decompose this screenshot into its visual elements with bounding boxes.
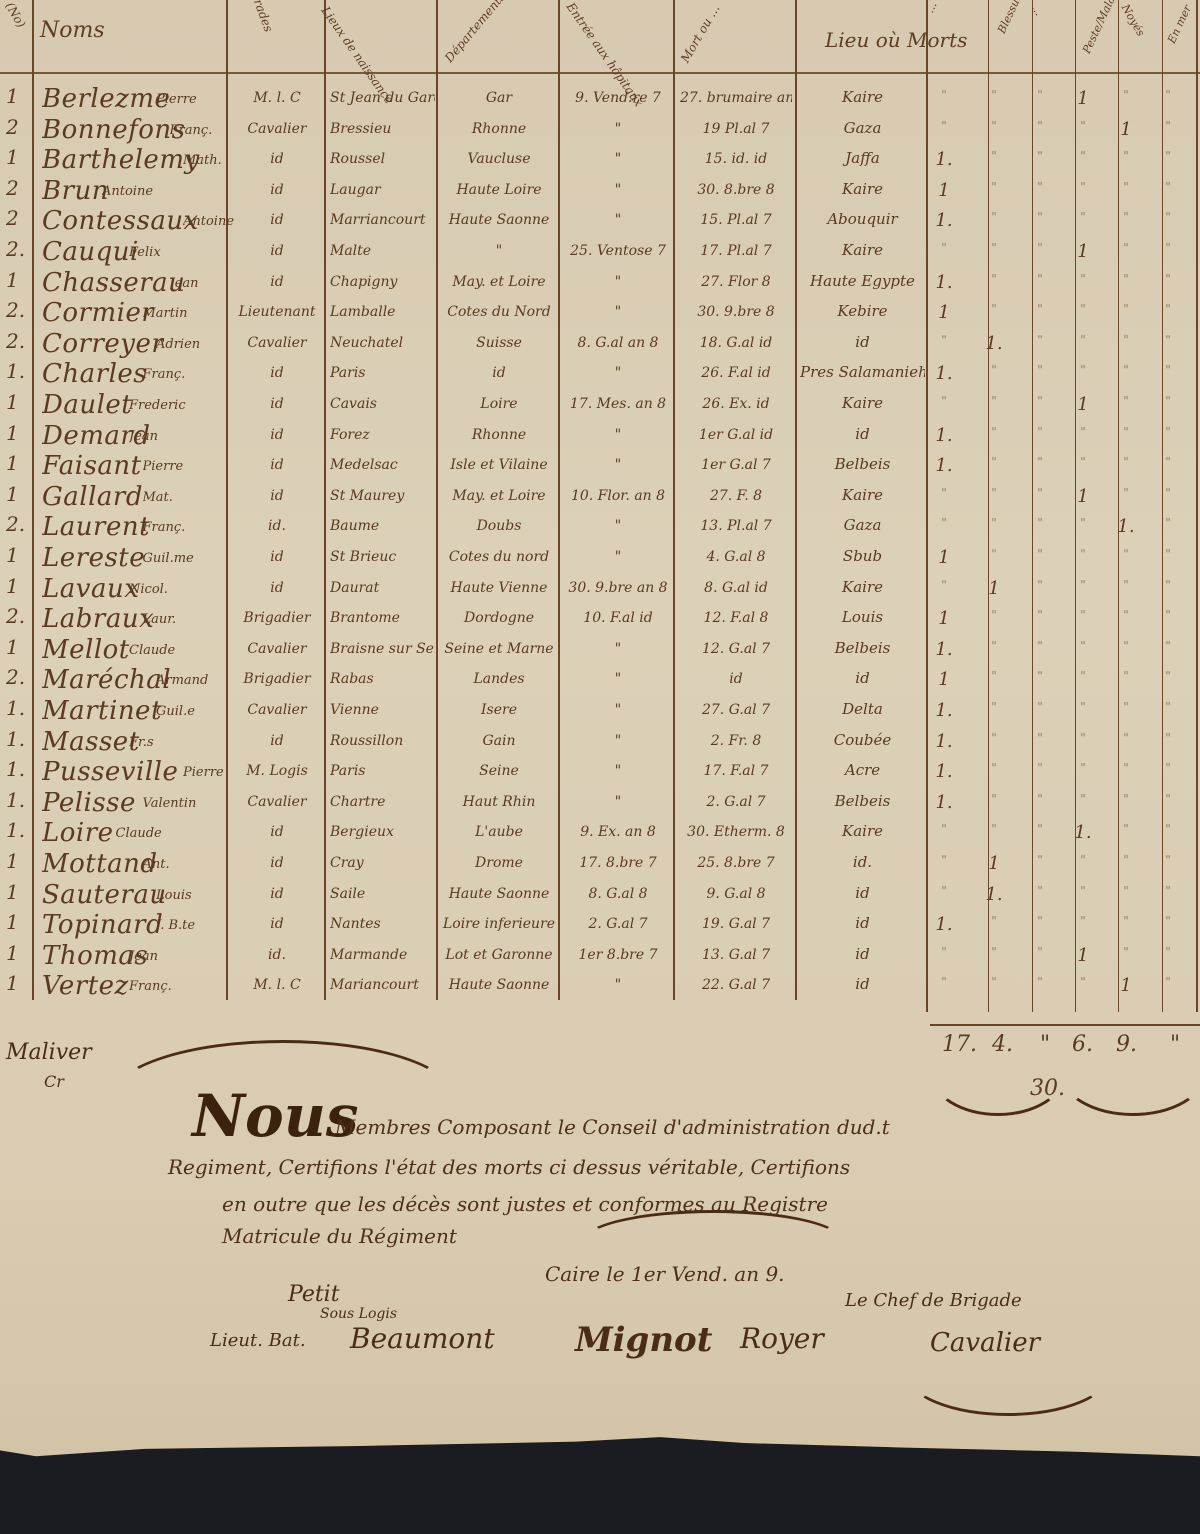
row-number: 1.: [6, 727, 30, 751]
birthplace: Neuchatel: [330, 335, 435, 351]
surname: Contessaux: [42, 206, 199, 236]
tally-cell: ": [1069, 853, 1097, 867]
death-place: Pres Salamanieh: [800, 363, 925, 381]
department: Haute Saonne: [440, 212, 558, 228]
tally-cell: ": [1112, 884, 1140, 898]
tally-cell: 1.: [930, 914, 958, 935]
tally-cell: ": [1069, 578, 1097, 592]
tally-cell: ": [930, 945, 958, 959]
tally-cell: 1: [1112, 119, 1140, 140]
tally-cell: ": [1154, 88, 1182, 102]
birthplace: Roussel: [330, 151, 435, 167]
death-date: 12. F.al 8: [680, 610, 792, 626]
birthplace: Laugar: [330, 182, 435, 198]
tally-cell: ": [1026, 547, 1054, 561]
tally-cell: 1: [930, 669, 958, 690]
death-place: Belbeis: [800, 455, 925, 473]
death-date: 1er G.al 7: [680, 457, 792, 473]
tally-cell: ": [1069, 547, 1097, 561]
department: Cotes du nord: [440, 549, 558, 565]
arrival-date: ": [563, 151, 673, 167]
signature-3-name: Mignot: [575, 1320, 712, 1360]
arrival-date: 2. G.al 7: [563, 916, 673, 932]
surname: Loire: [42, 818, 114, 848]
death-date: 9. G.al 8: [680, 886, 792, 902]
surname: Laurent: [42, 512, 150, 542]
given-name: Adrien: [156, 337, 200, 352]
tally-cell: ": [980, 761, 1008, 775]
death-place: Abouquir: [800, 210, 925, 228]
given-name: Pierre: [183, 765, 224, 780]
totals-rule: [930, 1024, 1200, 1026]
rank: Cavalier: [232, 702, 322, 718]
header-death-place: Lieu où Morts: [825, 28, 967, 52]
given-name: Pierre: [156, 92, 197, 107]
death-place: Gaza: [800, 119, 925, 137]
register-row: 2.CauquiFelixidMalte"25. Ventose 717. Pl…: [0, 237, 1200, 265]
birthplace: Chapigny: [330, 274, 435, 290]
department: May. et Loire: [440, 488, 558, 504]
birthplace: Chartre: [330, 794, 435, 810]
rank: id: [232, 427, 322, 443]
rank: id: [232, 457, 322, 473]
tally-cell: ": [1112, 547, 1140, 561]
signature-2-name: Beaumont: [350, 1322, 495, 1355]
rank: M. Logis: [232, 763, 322, 779]
department: L'aube: [440, 824, 558, 840]
certification-line-4: Matricule du Régiment: [222, 1224, 457, 1248]
row-number: 2.: [6, 237, 30, 261]
death-place: id: [800, 975, 925, 993]
death-place: id: [800, 425, 925, 443]
rank: id: [232, 549, 322, 565]
rank: id: [232, 274, 322, 290]
tally-cell: ": [1026, 394, 1054, 408]
tally-cell: 1.: [930, 363, 958, 384]
rank: Lieutenant: [232, 304, 322, 320]
register-row: 1MellotClaudeCavalierBraisne sur SeineSe…: [0, 635, 1200, 663]
tally-cell: ": [980, 88, 1008, 102]
death-date: 1er G.al id: [680, 427, 792, 443]
tally-cell: ": [1112, 914, 1140, 928]
tally-cell: ": [1154, 516, 1182, 530]
tally-cell: ": [1069, 272, 1097, 286]
death-place: Kaire: [800, 241, 925, 259]
tally-cell: ": [1112, 455, 1140, 469]
surname: Charles: [42, 359, 147, 389]
tally-cell: ": [1069, 516, 1097, 530]
given-name: Antoine: [102, 184, 153, 199]
tally-cell: ": [930, 486, 958, 500]
signature-flourish: [905, 1330, 1111, 1416]
row-number: 1: [6, 849, 30, 873]
rank: Cavalier: [232, 794, 322, 810]
death-place: Delta: [800, 700, 925, 718]
given-name: Ant.: [143, 857, 170, 872]
given-name: Claude: [129, 643, 175, 658]
birthplace: St Brieuc: [330, 549, 435, 565]
tally-cell: ": [1026, 853, 1054, 867]
tally-cell: ": [1069, 731, 1097, 745]
department: Rhonne: [440, 427, 558, 443]
tally-cell: ": [1069, 455, 1097, 469]
tally-cell: 1.: [930, 455, 958, 476]
surname: Masset: [42, 727, 140, 757]
tally-cell: 1: [1069, 945, 1097, 966]
arrival-date: 10. F.al id: [563, 610, 673, 626]
tally-cell: ": [1069, 669, 1097, 683]
tally-cell: 1.: [930, 272, 958, 293]
tally-cell: ": [1154, 547, 1182, 561]
tally-cell: 1: [930, 608, 958, 629]
surname: Martinet: [42, 696, 162, 726]
tally-cell: ": [1112, 302, 1140, 316]
tally-cell: ": [1026, 945, 1054, 959]
row-number: 1: [6, 482, 30, 506]
rank: id: [232, 916, 322, 932]
tally-cell: ": [1154, 302, 1182, 316]
death-date: 2. Fr. 8: [680, 733, 792, 749]
arrival-date: ": [563, 702, 673, 718]
death-place: id: [800, 945, 925, 963]
row-number: 1: [6, 574, 30, 598]
register-row: 2.LaurentFranç.id.BaumeDoubs"13. Pl.al 7…: [0, 512, 1200, 540]
signature-1-name: Petit: [288, 1282, 340, 1307]
death-date: 18. G.al id: [680, 335, 792, 351]
register-row: 2BrunAntoineidLaugarHaute Loire"30. 8.br…: [0, 176, 1200, 204]
register-row: 2BonnefonsFranç.CavalierBressieuRhonne"1…: [0, 115, 1200, 143]
tally-cell: ": [1112, 149, 1140, 163]
register-row: 1BarthelemyMath.idRousselVaucluse"15. id…: [0, 145, 1200, 173]
tally-cell: ": [980, 149, 1008, 163]
tally-cell: 1.: [1069, 822, 1097, 843]
tally-cell: 1: [1069, 241, 1097, 262]
register-row: 1.LoireClaudeidBergieuxL'aube9. Ex. an 8…: [0, 818, 1200, 846]
surname: Labraux: [42, 604, 154, 634]
birthplace: Rabas: [330, 671, 435, 687]
given-name: Franç.: [170, 123, 213, 138]
tally-cell: ": [930, 394, 958, 408]
given-name: Jean: [129, 429, 158, 444]
tally-cell: ": [980, 302, 1008, 316]
death-date: 27. brumaire an 7: [680, 90, 792, 106]
register-row: 1DauletFredericidCavaisLoire17. Mes. an …: [0, 390, 1200, 418]
death-date: 27. F. 8: [680, 488, 792, 504]
tally-cell: ": [1112, 88, 1140, 102]
rank: id.: [232, 947, 322, 963]
register-row: 1.CharlesFranç.idParisid"26. F.al idPres…: [0, 359, 1200, 387]
arrival-date: ": [563, 549, 673, 565]
death-place: Gaza: [800, 516, 925, 534]
register-row: 2.MaréchalArmandBrigadierRabasLandes"idi…: [0, 665, 1200, 693]
surname: Barthelemy: [42, 145, 200, 175]
tally-cell: ": [1026, 914, 1054, 928]
arrival-date: ": [563, 121, 673, 137]
arrival-date: ": [563, 671, 673, 687]
death-place: Haute Egypte: [800, 272, 925, 290]
tally-cell: ": [980, 394, 1008, 408]
tally-cell: 1: [980, 853, 1008, 874]
tally-cell: ": [930, 241, 958, 255]
row-number: 2.: [6, 604, 30, 628]
department: Isere: [440, 702, 558, 718]
tally-cell: 1: [1069, 486, 1097, 507]
tally-cell: 1: [930, 180, 958, 201]
arrival-date: ": [563, 304, 673, 320]
register-row: 2.LabrauxLaur.BrigadierBrantomeDordogne1…: [0, 604, 1200, 632]
department: Rhonne: [440, 121, 558, 137]
department: Doubs: [440, 518, 558, 534]
surname: Cormier: [42, 298, 154, 328]
department: Dordogne: [440, 610, 558, 626]
rank: id.: [232, 518, 322, 534]
tally-cell: ": [1026, 272, 1054, 286]
tally-cell: 1.: [930, 761, 958, 782]
row-number: 1: [6, 390, 30, 414]
tally-cell: ": [1069, 363, 1097, 377]
register-row: 1.PussevillePierreM. LogisParisSeine"17.…: [0, 757, 1200, 785]
row-number: 2: [6, 115, 30, 139]
tally-cell: ": [1069, 608, 1097, 622]
birthplace: Paris: [330, 365, 435, 381]
row-number: 1: [6, 84, 30, 108]
death-place: Kaire: [800, 578, 925, 596]
given-name: Armand: [156, 673, 208, 688]
birthplace: Brantome: [330, 610, 435, 626]
margin-note-name: Maliver: [6, 1040, 92, 1065]
register-row: 1BerlezmePierreM. l. CSt Jean du GardGar…: [0, 84, 1200, 112]
register-row: 1ChasserauJeanidChapignyMay. et Loire"27…: [0, 268, 1200, 296]
rank: Brigadier: [232, 671, 322, 687]
death-date: 27. G.al 7: [680, 702, 792, 718]
tally-cell: ": [1026, 516, 1054, 530]
signature-1-extra: Sous Logis: [320, 1306, 397, 1322]
tally-cell: ": [1026, 884, 1054, 898]
tally-cell: ": [1069, 302, 1097, 316]
tally-cell: ": [1112, 731, 1140, 745]
surname: Faisant: [42, 451, 142, 481]
tally-cell: ": [1069, 700, 1097, 714]
row-number: 1: [6, 880, 30, 904]
row-number: 1.: [6, 359, 30, 383]
row-number: 1: [6, 941, 30, 965]
given-name: Pierre: [143, 459, 184, 474]
register-row: 1ThomasJeanid.MarmandeLot et Garonne1er …: [0, 941, 1200, 969]
tally-cell: ": [1069, 761, 1097, 775]
tally-cell: ": [1154, 914, 1182, 928]
tally-cell: ": [930, 853, 958, 867]
tally-cell: ": [1154, 363, 1182, 377]
register-row: 1.MartinetGuil.eCavalierVienneIsere"27. …: [0, 696, 1200, 724]
rank: id: [232, 151, 322, 167]
tally-cell: ": [1154, 731, 1182, 745]
department: Cotes du Nord: [440, 304, 558, 320]
death-place: Kaire: [800, 394, 925, 412]
rank: Cavalier: [232, 335, 322, 351]
tally-cell: ": [1154, 884, 1182, 898]
surname: Gallard: [42, 482, 143, 512]
birthplace: Nantes: [330, 916, 435, 932]
surname: Vertez: [42, 971, 129, 1001]
department: Gain: [440, 733, 558, 749]
tally-cell: ": [930, 975, 958, 989]
death-date: 17. F.al 7: [680, 763, 792, 779]
header-rule: [0, 72, 1200, 74]
arrival-date: ": [563, 641, 673, 657]
tally-cell: ": [1026, 425, 1054, 439]
given-name: Nicol.: [129, 582, 168, 597]
tally-cell: ": [1154, 394, 1182, 408]
row-number: 1.: [6, 696, 30, 720]
arrival-date: 1er 8.bre 7: [563, 947, 673, 963]
arrival-date: 17. Mes. an 8: [563, 396, 673, 412]
death-place: Kebire: [800, 302, 925, 320]
register-row: 2.CorreyerAdrienCavalierNeuchatelSuisse8…: [0, 329, 1200, 357]
tally-cell: ": [1112, 241, 1140, 255]
tally-cell: ": [1154, 669, 1182, 683]
death-date: 22. G.al 7: [680, 977, 792, 993]
row-number: 2.: [6, 329, 30, 353]
death-date: 26. F.al id: [680, 365, 792, 381]
death-date: 12. G.al 7: [680, 641, 792, 657]
surname: Maréchal: [42, 665, 171, 695]
tally-cell: ": [1026, 639, 1054, 653]
birthplace: Marriancourt: [330, 212, 435, 228]
given-name: Guil.me: [143, 551, 194, 566]
department: Seine: [440, 763, 558, 779]
death-date: 15. Pl.al 7: [680, 212, 792, 228]
birthplace: Forez: [330, 427, 435, 443]
death-date: id: [680, 671, 792, 687]
birthplace: Daurat: [330, 580, 435, 596]
tally-cell: ": [930, 578, 958, 592]
death-date: 8. G.al id: [680, 580, 792, 596]
department: Loire: [440, 396, 558, 412]
arrival-date: ": [563, 977, 673, 993]
department: Loire inferieure: [440, 916, 558, 932]
register-row: 1MottandAnt.idCrayDrome17. 8.bre 725. 8.…: [0, 849, 1200, 877]
tally-cell: ": [1026, 88, 1054, 102]
tally-cell: ": [1026, 608, 1054, 622]
header-name: Noms: [40, 18, 105, 43]
death-date: 30. 9.bre 8: [680, 304, 792, 320]
tally-cell: ": [980, 700, 1008, 714]
tally-cell: ": [1069, 180, 1097, 194]
tally-cell: ": [1112, 700, 1140, 714]
tally-cell: ": [1154, 700, 1182, 714]
tally-cell: ": [1154, 119, 1182, 133]
tally-cell: ": [1026, 669, 1054, 683]
tally-cell: ": [1069, 975, 1097, 989]
tally-cell: ": [980, 822, 1008, 836]
department: Haute Saonne: [440, 977, 558, 993]
tally-cell: ": [980, 180, 1008, 194]
department: id: [440, 365, 558, 381]
register-row: 1SauterauLouisidSaileHaute Saonne8. G.al…: [0, 880, 1200, 908]
row-number: 2.: [6, 512, 30, 536]
birthplace: Bressieu: [330, 121, 435, 137]
tally-cell: 1.: [930, 700, 958, 721]
department: Suisse: [440, 335, 558, 351]
death-place: Kaire: [800, 180, 925, 198]
tally-cell: ": [980, 455, 1008, 469]
surname: Topinard: [42, 910, 163, 940]
birthplace: Cray: [330, 855, 435, 871]
arrival-date: 9. Vend.re 7: [563, 90, 673, 106]
tally-cell: ": [1026, 363, 1054, 377]
register-row: 1TopinardJ. B.teidNantesLoire inferieure…: [0, 910, 1200, 938]
rank: id: [232, 580, 322, 596]
tally-cell: 1.: [930, 149, 958, 170]
row-number: 1: [6, 451, 30, 475]
arrival-date: 9. Ex. an 8: [563, 824, 673, 840]
row-number: 2.: [6, 665, 30, 689]
row-number: 1: [6, 635, 30, 659]
tally-cell: ": [1112, 363, 1140, 377]
register-row: 1FaisantPierreidMedelsacIsle et Vilaine"…: [0, 451, 1200, 479]
tally-cell: ": [1112, 180, 1140, 194]
surname: Pelisse: [42, 788, 136, 818]
death-place: Coubée: [800, 731, 925, 749]
given-name: Mat.: [143, 490, 173, 505]
death-date: 2. G.al 7: [680, 794, 792, 810]
tally-cell: ": [1112, 608, 1140, 622]
register-row: 2ContessauxAntoineidMarriancourtHaute Sa…: [0, 206, 1200, 234]
arrival-date: ": [563, 518, 673, 534]
department: Isle et Vilaine: [440, 457, 558, 473]
given-name: Fr.s: [129, 735, 154, 750]
rank: id: [232, 243, 322, 259]
tally-cell: 1.: [930, 425, 958, 446]
tally-cell: ": [930, 119, 958, 133]
tally-cell: ": [1154, 425, 1182, 439]
row-number: 1.: [6, 788, 30, 812]
signature-4-name: Royer: [740, 1322, 824, 1355]
tally-cell: 1: [1112, 975, 1140, 996]
register-row: 1.MassetFr.sidRoussillonGain"2. Fr. 8Cou…: [0, 727, 1200, 755]
tally-cell: ": [1026, 455, 1054, 469]
tally-cell: ": [1069, 119, 1097, 133]
tally-cell: ": [980, 210, 1008, 224]
tally-cell: ": [1154, 180, 1182, 194]
surname: Berlezme: [42, 84, 170, 114]
tally-cell: ": [980, 639, 1008, 653]
given-name: Frederic: [129, 398, 186, 413]
surname: Daulet: [42, 390, 132, 420]
tally-cell: 1.: [1112, 516, 1140, 537]
arrival-date: 30. 9.bre an 8: [563, 580, 673, 596]
rank: Cavalier: [232, 121, 322, 137]
tally-cell: ": [1112, 578, 1140, 592]
tally-cell: ": [930, 333, 958, 347]
department: Lot et Garonne: [440, 947, 558, 963]
tally-cell: ": [1026, 761, 1054, 775]
arrival-date: ": [563, 733, 673, 749]
death-date: 19. G.al 7: [680, 916, 792, 932]
tally-cell: ": [1026, 333, 1054, 347]
tally-cell: 1.: [980, 884, 1008, 905]
surname: Correyer: [42, 329, 164, 359]
given-name: Felix: [129, 245, 161, 260]
signature-1-title: Lieut. Bat.: [210, 1330, 306, 1351]
department: Drome: [440, 855, 558, 871]
signature-5-title: Le Chef de Brigade: [845, 1290, 1022, 1311]
place-date: Caire le 1er Vend. an 9.: [545, 1262, 785, 1286]
given-name: Jean: [170, 276, 199, 291]
birthplace: Saile: [330, 886, 435, 902]
tally-cell: ": [980, 608, 1008, 622]
tally-cell: ": [1154, 210, 1182, 224]
